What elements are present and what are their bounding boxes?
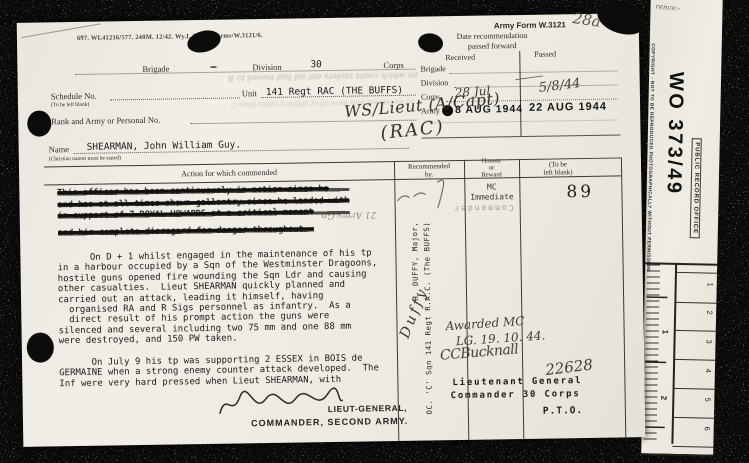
corps-passed-handwritten: 5/8/44 (538, 76, 581, 96)
name-note: (Christian names must be stated) (49, 155, 121, 162)
action-column-header: Action for which commended (79, 166, 379, 180)
cm-cell: 4 (674, 359, 716, 390)
bucknall-signature: CCBucknall (439, 341, 518, 364)
passed-header: Passed (534, 49, 556, 58)
struck-out-text: and his complete disregard for danger th… (58, 224, 314, 240)
ruler-inch-ticks (643, 264, 668, 442)
punch-hole (27, 332, 54, 362)
division-label: Division (252, 62, 281, 72)
commander-second-army-title: COMMANDER, SECOND ARMY. (251, 416, 408, 428)
wo-reference-number: WO 373/49 (661, 72, 688, 242)
panel-bottom-rule (422, 134, 621, 138)
cm-cell: 6 (672, 417, 714, 448)
schedule-no-label: Schedule No. (51, 91, 97, 102)
cm-cell: 3 (674, 330, 716, 361)
cm-cell: 2 (675, 301, 717, 332)
unit-label: Unit (242, 88, 257, 98)
corps-field-value: 30 (310, 59, 322, 70)
inch-label-1: 1 (661, 330, 670, 335)
citation-paragraph-2: On July 9 his tp was supporting 2 ESSEX … (59, 353, 379, 389)
passed-forward-title: Date recommendation passed forward (430, 30, 554, 51)
brigade-label: Brigade (142, 64, 169, 74)
printer-imprint: 697. WL41216/577. 240M. 12/42. Wy.L.P. G… (77, 32, 263, 42)
schedule-note: (To be left blank) (51, 102, 89, 109)
record-office-strip: rence:- COPYRIGHT - NOT TO BE REPRODUCED… (641, 0, 723, 457)
honour-column-header: Honour or Reward (465, 158, 518, 179)
ruler-cm-cells: 1 2 3 4 5 6 (672, 272, 717, 447)
name-label: Name (49, 144, 69, 154)
struck-out-text: This officer has been continuously in ac… (57, 184, 349, 223)
army-passed-stamp: 22 AUG 1944 (529, 101, 607, 114)
panel-row-division: Division (421, 78, 449, 87)
corps-commander-rank: Lieutenant General (452, 376, 582, 388)
page-number-handwritten: 28a (572, 9, 602, 31)
form-number: Army Form W.3121 (494, 20, 566, 30)
division-field-value: — (210, 62, 216, 73)
citation-paragraph-1: On D + 1 whilst engaged in the maintenan… (57, 248, 378, 347)
inverted-annotation: 21 Army Gp (322, 209, 377, 220)
scanned-form-page: 697. WL41216/577. 240M. 12/42. Wy.L.P. G… (17, 13, 646, 447)
strip-handwriting: rence:- (655, 3, 680, 13)
received-header: Received (445, 53, 475, 62)
lieut-general-title: LIEUT-GENERAL, (328, 403, 407, 414)
public-record-office-label: PUBLIC RECORD OFFICE (690, 138, 702, 238)
cm-cell: 1 (675, 272, 717, 304)
honour-reward-value: MC Immediate (464, 182, 519, 202)
rank-label: Rank and Army or Personal No. (51, 115, 160, 127)
blank-column-header: (To be left blank) (522, 160, 594, 177)
inch-label-2: 2 (659, 396, 668, 401)
cm-cell: 5 (673, 388, 715, 419)
panel-row-brigade: Brigade (420, 64, 445, 73)
panel-divider (519, 51, 521, 137)
corps-commander-title: Commander 30 Corps (451, 389, 581, 401)
ink-blot (185, 27, 223, 56)
schedule-number-value: 89 (566, 182, 594, 202)
pto-note: P.T.O. (543, 405, 583, 417)
inverted-bleed-text: Commander (402, 203, 514, 214)
punch-hole (27, 110, 51, 136)
table-right-rule (621, 157, 626, 437)
corner-tear-shadow (593, 0, 650, 40)
corps-label: Corps (383, 60, 403, 70)
